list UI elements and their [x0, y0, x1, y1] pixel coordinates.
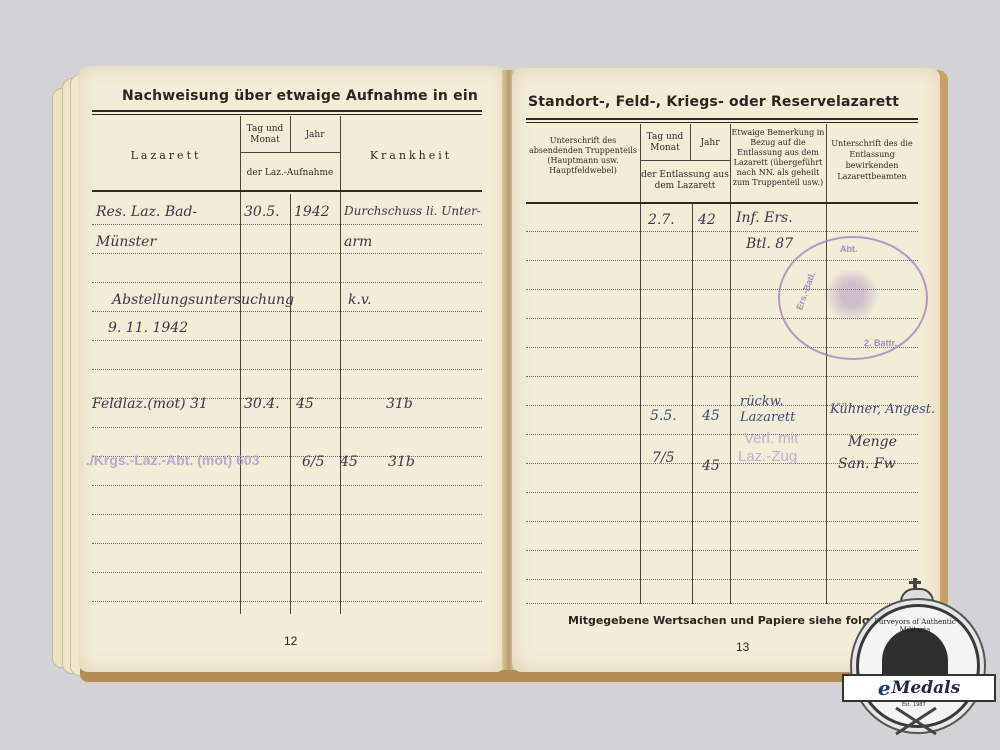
entry-4-jahr: 45 [340, 454, 358, 470]
entry-1-bemerkung: Inf. Ers. [736, 210, 793, 226]
entry-line [92, 282, 482, 283]
entry-3-jahr: 45 [296, 396, 314, 412]
entry-2-tag-monat: 5.5. [650, 408, 677, 424]
soldbuch-spread: Nachweisung über etwaige Aufnahme in ein… [0, 0, 1000, 750]
logo-motto: Purveyors of Authentic Militaria [862, 618, 968, 634]
header-top-rule [526, 118, 918, 123]
entry-1-tag-monat: 30.5. [244, 204, 280, 220]
col-jahr: Jahr [690, 138, 730, 149]
col-unterschrift-truppenteil: Unterschrift des absendenden Truppenteil… [526, 136, 640, 176]
col-der-entlassung: der Entlassung aus dem Lazarett [640, 170, 730, 192]
column-divider [826, 124, 827, 604]
entry-line [92, 340, 482, 341]
entry-3-beamter: Menge [848, 434, 897, 450]
column-divider [640, 124, 641, 604]
logo-brand: Medals [892, 678, 961, 698]
col-bemerkung: Etwaige Bemerkung in Bezug auf die Entla… [730, 128, 826, 188]
entry-3-beamter-rank: San. Fw [838, 456, 896, 472]
entry-line [92, 485, 482, 486]
entry-3-tag-monat: 30.4. [244, 396, 280, 412]
header-top-rule [92, 110, 482, 115]
entry-2-jahr: 45 [702, 408, 720, 424]
entry-line [92, 572, 482, 573]
column-divider [290, 194, 291, 614]
logo-brand-prefix: e [878, 676, 891, 700]
col-unterschrift-beamten: Unterschrift des die Entlassung bewirken… [826, 138, 918, 182]
entry-4-stamp: ./Krgs.-Laz.-Abt. (mot) 603 [86, 452, 259, 468]
entry-line [526, 376, 918, 377]
page-number-left: 12 [284, 634, 297, 648]
header-bottom-rule [92, 190, 482, 192]
col-krankheit: Krankheit [340, 150, 482, 161]
entry-1-jahr: 1942 [294, 204, 330, 220]
entry-2-krankheit: k.v. [348, 292, 372, 308]
entry-1-tag-monat: 2.7. [648, 212, 675, 228]
col-jahr: Jahr [290, 130, 340, 141]
entry-3-jahr: 45 [702, 458, 720, 474]
entry-3-stamp-cont: Laz.-Zug [738, 448, 797, 465]
entry-2-lazarett: Abstellungsuntersuchung [112, 292, 294, 308]
entry-line [92, 543, 482, 544]
header-split [240, 152, 340, 153]
right-page-title: Standort-, Feld-, Kriegs- oder Reservela… [528, 94, 899, 110]
entry-1-krankheit-cont: arm [344, 234, 372, 250]
eagle-emblem-icon [822, 270, 882, 320]
official-round-stamp: Abt. Ers.-Batl. 2. Battr. [778, 236, 928, 360]
logo-banner: e Medals [842, 674, 996, 702]
entry-line [92, 224, 482, 225]
header-bottom-rule [526, 202, 918, 204]
entry-line [92, 369, 482, 370]
entry-3-krankheit: 31b [386, 396, 413, 412]
entry-3-stamp: Verl. mit [744, 430, 798, 447]
column-divider [730, 124, 731, 604]
entry-4-krankheit: 31b [388, 454, 415, 470]
emedals-watermark-logo: Purveyors of Authentic Militaria e Medal… [842, 578, 992, 738]
entry-line [92, 601, 482, 602]
column-divider [692, 202, 693, 604]
entry-line [92, 253, 482, 254]
stamp-text-bottom: 2. Battr. [864, 338, 897, 348]
entry-1-lazarett-cont: Münster [96, 234, 156, 250]
left-page: Nachweisung über etwaige Aufnahme in ein… [78, 66, 506, 672]
stamp-text-left: Ers.-Batl. [794, 271, 817, 312]
entry-line [526, 521, 918, 522]
entry-line [526, 550, 918, 551]
col-tag-monat: Tag und Monat [640, 132, 690, 154]
entry-1-krankheit: Durchschuss li. Unter- [344, 204, 481, 218]
entry-2-date: 9. 11. 1942 [108, 320, 188, 336]
entry-3-tag-monat: 7/5 [652, 450, 675, 466]
entry-line [526, 231, 918, 232]
col-lazarett: Lazarett [92, 150, 240, 161]
entry-3-lazarett: Feldlaz.(mot) 31 [92, 396, 208, 412]
entry-2-bemerkung-cont: Lazarett [740, 410, 795, 425]
entry-line [92, 311, 482, 312]
entry-2-bemerkung: rückw. [740, 394, 783, 409]
col-laz-aufnahme: der Laz.-Aufnahme [240, 168, 340, 179]
col-tag-monat: Tag und Monat [240, 124, 290, 146]
entry-2-beamter: Kühner, Angest. [830, 402, 935, 417]
header-split [640, 160, 730, 161]
entry-line [92, 514, 482, 515]
left-page-title: Nachweisung über etwaige Aufnahme in ein [122, 88, 478, 104]
entry-line [92, 427, 482, 428]
stamp-text-top: Abt. [840, 244, 858, 254]
entry-line [526, 492, 918, 493]
entry-4-tag-monat: 6/5 [302, 454, 325, 470]
entry-1-jahr: 42 [698, 212, 716, 228]
crossed-swords-icon [892, 706, 940, 736]
entry-1-bemerkung-cont: Btl. 87 [746, 236, 793, 252]
entry-1-lazarett: Res. Laz. Bad- [96, 204, 197, 220]
page-number-right: 13 [736, 640, 749, 654]
